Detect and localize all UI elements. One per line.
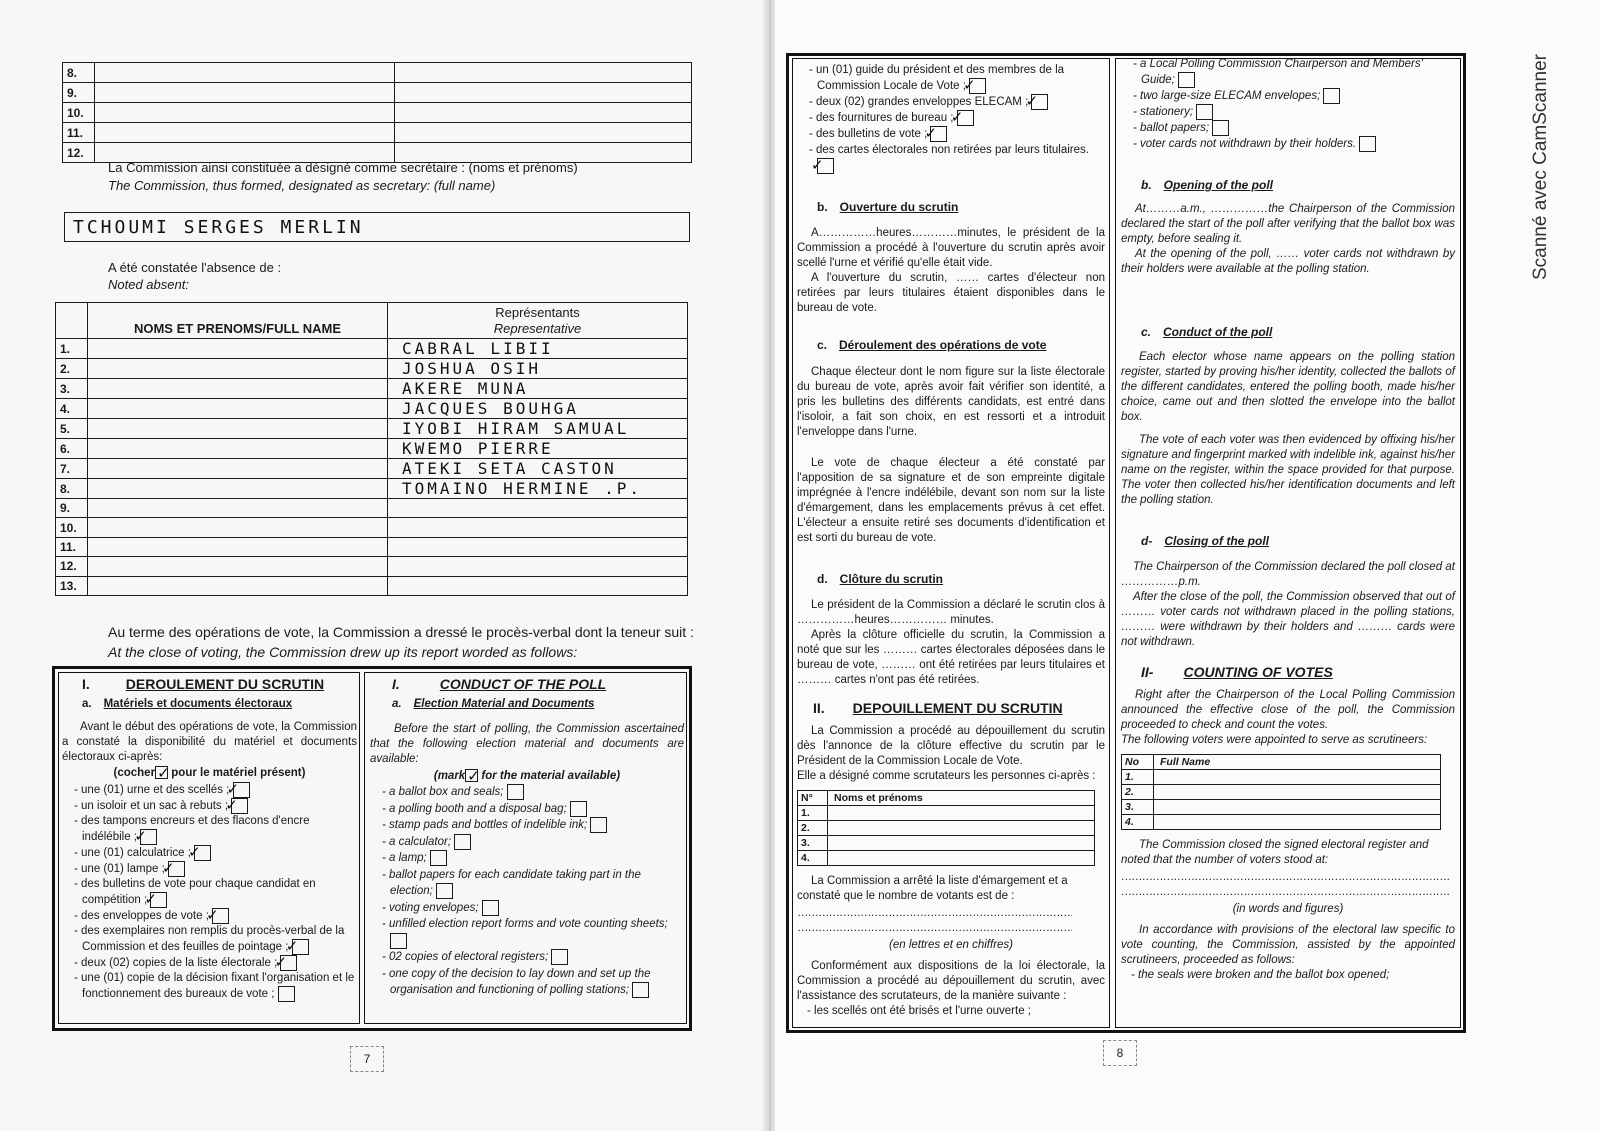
absent-table: NOMS ET PRENOMS/FULL NAME Représentants …	[55, 302, 688, 596]
checklist-item-label: - ballot papers;	[1133, 122, 1209, 134]
checklist-item: - des bulletins de vote pour chaque cand…	[74, 877, 357, 908]
name-cell[interactable]	[828, 850, 1095, 865]
fr-voters-note: (en lettres et en chiffres)	[797, 938, 1105, 953]
checklist-item: - une (01) copie de la décision fixant l…	[74, 971, 357, 1002]
table-cell[interactable]	[95, 103, 395, 123]
representative-cell[interactable]: AKERE MUNA	[388, 379, 688, 399]
en-closing-p1: The Chairperson of the Commission declar…	[1121, 560, 1455, 590]
checklist-item-label: - des tampons encreurs et des flacons d'…	[74, 815, 310, 843]
table-row: 6.KWEMO PIERRE	[56, 439, 688, 459]
en-opening-p2: At the opening of the poll, …… voter car…	[1121, 247, 1455, 277]
representative-cell[interactable]	[388, 557, 688, 576]
row-number: 5.	[56, 419, 88, 439]
subsection-number: c.	[1141, 325, 1151, 339]
row-number: 2.	[56, 359, 88, 379]
row-number: 4.	[1122, 814, 1154, 829]
row-number: 12.	[56, 557, 88, 576]
name-cell[interactable]	[1154, 784, 1441, 799]
table-row: 4.JACQUES BOUHGA	[56, 399, 688, 419]
checkbox[interactable]	[278, 986, 295, 1002]
section-number: I.	[392, 676, 400, 692]
checkbox[interactable]	[969, 78, 986, 94]
representative-cell[interactable]: JACQUES BOUHGA	[388, 399, 688, 419]
fr-voters-count-line-2[interactable]: ……………………………………………………………………………………	[797, 921, 1072, 936]
right-page: - un (01) guide du président et des memb…	[775, 0, 1600, 1131]
checklist-item-label: - two large-size ELECAM envelopes;	[1133, 90, 1320, 102]
checklist-item: - deux (02) grandes enveloppes ELECAM ;	[809, 94, 1105, 110]
subsection-number: d-	[1141, 534, 1152, 548]
checkbox[interactable]	[482, 900, 499, 916]
col-representative: Représentants Representative	[388, 303, 688, 339]
name-cell[interactable]	[88, 419, 388, 439]
sample-checkbox	[155, 766, 168, 779]
row-number: 13.	[56, 576, 88, 595]
fr-closing-p1: Le président de la Commission a déclaré …	[797, 598, 1105, 628]
en-right-column: - a Local Polling Commission Chairperson…	[1121, 56, 1455, 983]
checkbox[interactable]	[280, 955, 297, 971]
row-number: 3.	[798, 835, 828, 850]
name-cell[interactable]	[828, 820, 1095, 835]
checkbox[interactable]	[632, 982, 649, 998]
checklist-item: - ballot papers for each candidate takin…	[382, 867, 684, 900]
row-number: 4.	[798, 850, 828, 865]
checklist-item: - a polling booth and a disposal bag;	[382, 801, 684, 818]
checklist-item-label: - des fournitures de bureau ;	[809, 112, 953, 124]
fr-sub-a-heading: a.Matériels et documents électoraux	[62, 698, 357, 710]
checkbox[interactable]	[957, 110, 974, 126]
checklist-item: - une (01) urne et des scellés ;	[74, 782, 357, 798]
checklist-item-label: - deux (02) copies de la liste électoral…	[74, 957, 277, 969]
fr-conduct-p1: Chaque électeur dont le nom figure sur l…	[797, 365, 1105, 440]
checklist-item: - ballot papers;	[1133, 120, 1455, 136]
fr-material-list: - une (01) urne et des scellés ; - un is…	[62, 782, 357, 1002]
en-b-heading: b.Opening of the poll	[1121, 178, 1455, 194]
subsection-title: Conduct of the poll	[1163, 325, 1272, 339]
table-row: 10.	[56, 518, 688, 537]
en-conduct-column: I.CONDUCT OF THE POLL a.Election Materia…	[370, 676, 684, 999]
col-full-name: NOMS ET PRENOMS/FULL NAME	[88, 303, 388, 339]
subsection-title: Matériels et documents électoraux	[104, 698, 293, 710]
name-cell[interactable]	[1154, 799, 1441, 814]
checklist-item-label: - voting envelopes;	[382, 902, 479, 914]
en-material-list-continued: - a Local Polling Commission Chairperson…	[1121, 56, 1455, 152]
representative-cell[interactable]: TOMAINO HERMINE .P.	[388, 479, 688, 499]
representative-name: KWEMO PIERRE	[402, 439, 554, 458]
checklist-item-label: - des cartes électorales non retirées pa…	[809, 144, 1089, 156]
row-number: 1.	[798, 805, 828, 820]
table-cell[interactable]	[95, 83, 395, 103]
row-number: 1.	[56, 339, 88, 359]
checkbox[interactable]	[590, 817, 607, 833]
checklist-item-label: - one copy of the decision to lay down a…	[382, 968, 651, 997]
en-d-heading: d-Closing of the poll	[1121, 534, 1455, 550]
absent-label-en: Noted absent:	[108, 277, 189, 293]
checklist-item-label: - un (01) guide du président et des memb…	[809, 64, 1064, 92]
mark-post: pour le matériel présent)	[171, 767, 305, 779]
name-cell[interactable]	[88, 339, 388, 359]
col-number: N°	[798, 790, 828, 805]
mark-post: for the material available)	[481, 770, 620, 782]
en-voters-note: (in words and figures)	[1121, 902, 1455, 917]
section-title: CONDUCT OF THE POLL	[440, 676, 606, 692]
name-cell[interactable]	[88, 518, 388, 537]
name-cell[interactable]	[88, 459, 388, 479]
checklist-item-label: - une (01) urne et des scellés ;	[74, 784, 229, 796]
checklist-item-label: - une (01) calculatrice ;	[74, 847, 191, 859]
row-number: 11.	[56, 537, 88, 556]
subsection-title: Déroulement des opérations de vote	[839, 338, 1046, 352]
en-conduct-p2: The vote of each voter was then evidence…	[1121, 433, 1455, 508]
en-voters-count-line-1[interactable]: ……………………………………………………………………………………	[1121, 870, 1451, 885]
table-cell[interactable]	[395, 103, 692, 123]
fr-opening-p2: A l'ouverture du scrutin, …… cartes d'él…	[797, 271, 1105, 316]
table-row: 13.	[56, 576, 688, 595]
table-row: 2.	[798, 820, 1095, 835]
name-cell[interactable]	[88, 359, 388, 379]
checkbox[interactable]	[1212, 120, 1229, 136]
checklist-item: - des bulletins de vote ;	[809, 126, 1105, 142]
name-cell[interactable]	[88, 439, 388, 459]
fr-closing-p2: Après la clôture officielle du scrutin, …	[797, 628, 1105, 688]
col-names: Noms et prénoms	[828, 790, 1095, 805]
representative-cell[interactable]	[388, 518, 688, 537]
subsection-number: d.	[817, 572, 828, 586]
report-intro-en: At the close of voting, the Commission d…	[108, 644, 577, 660]
table-row: 11.	[63, 123, 692, 143]
checklist-item: - unfilled election report forms and vot…	[382, 916, 684, 949]
table-row: 10.	[63, 103, 692, 123]
checklist-item: - des fournitures de bureau ;	[809, 110, 1105, 126]
checklist-item: - a calculator;	[382, 834, 684, 851]
row-number: 3.	[56, 379, 88, 399]
en-ii-heading: II-COUNTING OF VOTES	[1121, 664, 1455, 680]
checklist-item-label: - unfilled election report forms and vot…	[382, 918, 668, 930]
name-cell[interactable]	[828, 805, 1095, 820]
checklist-item-label: - des bulletins de vote ;	[809, 128, 927, 140]
table-cell[interactable]	[395, 123, 692, 143]
name-cell[interactable]	[88, 399, 388, 419]
name-cell[interactable]	[88, 479, 388, 499]
checklist-item-label: - deux (02) grandes enveloppes ELECAM ;	[809, 96, 1028, 108]
row-number: 3.	[1122, 799, 1154, 814]
table-row: 7.ATEKI SETA CASTON	[56, 459, 688, 479]
checklist-item-label: - une (01) copie de la décision fixant l…	[74, 972, 354, 1000]
representative-name: TOMAINO HERMINE .P.	[402, 479, 642, 498]
col-number: No	[1122, 754, 1154, 769]
secretary-name: TCHOUMI SERGES MERLIN	[73, 217, 364, 238]
checklist-item-label: - a ballot box and seals;	[382, 786, 503, 798]
en-opening-p1: At………a.m., ……………the Chairperson of the C…	[1121, 202, 1455, 247]
fr-scrutineers-table: N° Noms et prénoms 1.2.3.4.	[797, 790, 1095, 866]
table-row: 11.	[56, 537, 688, 556]
representative-cell[interactable]: KWEMO PIERRE	[388, 439, 688, 459]
absent-label-fr: A été constatée l'absence de :	[108, 260, 281, 276]
checkbox[interactable]	[817, 158, 834, 174]
table-row: 1.CABRAL LIBII	[56, 339, 688, 359]
subsection-title: Election Material and Documents	[414, 698, 595, 710]
checkbox[interactable]	[150, 892, 167, 908]
absent-table-header: NOMS ET PRENOMS/FULL NAME Représentants …	[56, 303, 688, 339]
table-row: 3.	[1122, 799, 1441, 814]
table-header: N° Noms et prénoms	[798, 790, 1095, 805]
sample-checkbox	[465, 769, 478, 782]
fr-counting-p1: La Commission a procédé au dépouillement…	[797, 724, 1105, 769]
page-number-left: 7	[350, 1046, 384, 1072]
checkbox[interactable]	[212, 908, 229, 924]
checklist-item-label: - a lamp;	[382, 852, 427, 864]
row-number: 8.	[56, 479, 88, 499]
table-row: 2.	[1122, 784, 1441, 799]
fr-c-heading: c.Déroulement des opérations de vote	[797, 338, 1105, 354]
representative-cell[interactable]: CABRAL LIBII	[388, 339, 688, 359]
checklist-item: - une (01) calculatrice ;	[74, 845, 357, 861]
checkbox[interactable]	[436, 883, 453, 899]
checklist-item-label: - 02 copies of electoral registers;	[382, 951, 548, 963]
page-number-right: 8	[1103, 1040, 1137, 1066]
name-cell[interactable]	[1154, 769, 1441, 784]
checklist-item: - a ballot box and seals;	[382, 784, 684, 801]
subsection-number: c.	[817, 338, 827, 352]
col-representative-fr: Représentants	[388, 305, 687, 321]
representative-cell[interactable]: ATEKI SETA CASTON	[388, 459, 688, 479]
representative-cell[interactable]	[388, 537, 688, 556]
fr-b-heading: b.Ouverture du scrutin	[797, 200, 1105, 216]
checklist-item-label: - voter cards not withdrawn by their hol…	[1133, 138, 1356, 150]
checkbox[interactable]	[168, 861, 185, 877]
left-page: 8. 9. 10. 11. 12. La Commission ainsi co…	[0, 0, 770, 1131]
representative-name: CABRAL LIBII	[402, 339, 554, 358]
name-cell[interactable]	[88, 499, 388, 518]
fr-ii-heading: II.DEPOUILLEMENT DU SCRUTIN	[797, 700, 1105, 716]
checklist-item-label: - une (01) lampe ;	[74, 863, 165, 875]
checkbox[interactable]	[194, 845, 211, 861]
en-law-item: - the seals were broken and the ballot b…	[1121, 968, 1455, 983]
fr-intro: Avant le début des opérations de vote, l…	[62, 720, 357, 765]
table-row: 9.	[63, 83, 692, 103]
row-number: 7.	[56, 459, 88, 479]
col-representative-en: Representative	[388, 321, 687, 337]
checklist-item: - des enveloppes de vote ;	[74, 908, 357, 924]
fr-counting-p2: Elle a désigné comme scrutateurs les per…	[797, 769, 1105, 784]
table-row: 1.	[798, 805, 1095, 820]
representative-name: ATEKI SETA CASTON	[402, 459, 617, 478]
representative-name: JOSHUA OSIH	[402, 359, 541, 378]
checkbox[interactable]	[1359, 136, 1376, 152]
col-names: Full Name	[1154, 754, 1441, 769]
table-row: 4.	[1122, 814, 1441, 829]
en-material-list: - a ballot box and seals; - a polling bo…	[370, 784, 684, 999]
table-header: No Full Name	[1122, 754, 1441, 769]
table-row: 5.IYOBI HIRAM SAMUAL	[56, 419, 688, 439]
table-row: 3.AKERE MUNA	[56, 379, 688, 399]
representative-cell[interactable]	[388, 576, 688, 595]
row-number: 10.	[56, 518, 88, 537]
fr-material-list-continued: - un (01) guide du président et des memb…	[797, 62, 1105, 174]
checklist-item: - stationery;	[1133, 104, 1455, 120]
name-cell[interactable]	[88, 557, 388, 576]
checkbox[interactable]	[231, 798, 248, 814]
members-table-continued: 8. 9. 10. 11. 12.	[62, 62, 692, 163]
secretary-field[interactable]: TCHOUMI SERGES MERLIN	[64, 212, 690, 242]
checklist-item: - a Local Polling Commission Chairperson…	[1133, 56, 1455, 88]
name-cell[interactable]	[1154, 814, 1441, 829]
fr-law-paragraph: Conformément aux dispositions de la loi …	[797, 959, 1105, 1004]
fr-mark-instruction: (cocher pour le matériel présent)	[62, 766, 357, 781]
checkbox[interactable]	[1031, 94, 1048, 110]
table-row: 8.	[63, 63, 692, 83]
name-cell[interactable]	[828, 835, 1095, 850]
row-number: 2.	[798, 820, 828, 835]
checkbox[interactable]	[233, 782, 250, 798]
name-cell[interactable]	[88, 537, 388, 556]
checklist-item: - voter cards not withdrawn by their hol…	[1133, 136, 1455, 152]
row-number: 1.	[1122, 769, 1154, 784]
checklist-item: - un (01) guide du président et des memb…	[809, 62, 1105, 94]
en-conduct-p1: Each elector whose name appears on the p…	[1121, 350, 1455, 425]
subsection-title: Clôture du scrutin	[840, 572, 943, 586]
en-voters-count-line-2[interactable]: ……………………………………………………………………………………	[1121, 885, 1451, 900]
table-row: 2.JOSHUA OSIH	[56, 359, 688, 379]
secretary-label-en: The Commission, thus formed, designated …	[108, 178, 495, 194]
checkbox[interactable]	[292, 939, 309, 955]
checklist-item-label: - des enveloppes de vote ;	[74, 910, 209, 922]
en-sub-a-heading: a.Election Material and Documents	[370, 698, 684, 710]
checklist-item: - une (01) lampe ;	[74, 861, 357, 877]
checkbox[interactable]	[1323, 88, 1340, 104]
en-law-paragraph: In accordance with provisions of the ele…	[1121, 923, 1455, 968]
section-title: COUNTING OF VOTES	[1183, 664, 1332, 680]
table-cell[interactable]	[95, 123, 395, 143]
mark-pre: (mark	[434, 770, 465, 782]
en-closing-p2: After the close of the poll, the Commiss…	[1121, 590, 1455, 650]
section-number: I.	[82, 676, 90, 692]
fr-section-heading: I.DEROULEMENT DU SCRUTIN	[62, 676, 357, 692]
table-cell[interactable]	[395, 63, 692, 83]
representative-cell[interactable]	[388, 499, 688, 518]
checklist-item: - un isoloir et un sac à rebuts ;	[74, 798, 357, 814]
subsection-number: b.	[1141, 178, 1152, 192]
checklist-item-label: - ballot papers for each candidate takin…	[382, 869, 641, 898]
table-row: 8.TOMAINO HERMINE .P.	[56, 479, 688, 499]
representative-name: JACQUES BOUHGA	[402, 399, 579, 418]
checkbox[interactable]	[390, 933, 407, 949]
row-number: 4.	[56, 399, 88, 419]
fr-law-item: - les scellés ont été brisés et l'urne o…	[797, 1004, 1105, 1019]
checkbox[interactable]	[507, 784, 524, 800]
checklist-item: - a lamp;	[382, 850, 684, 867]
mark-pre: (cocher	[114, 767, 156, 779]
en-scrutineers-table: No Full Name 1.2.3.4.	[1121, 754, 1441, 830]
checklist-item-label: - stationery;	[1133, 106, 1193, 118]
subsection-title: Ouverture du scrutin	[840, 200, 959, 214]
table-row: 4.	[798, 850, 1095, 865]
checklist-item: - des tampons encreurs et des flacons d'…	[74, 814, 357, 845]
checkbox[interactable]	[454, 834, 471, 850]
checkbox[interactable]	[570, 801, 587, 817]
subsection-number: b.	[817, 200, 828, 214]
checklist-item: - one copy of the decision to lay down a…	[382, 966, 684, 999]
section-title: DEROULEMENT DU SCRUTIN	[126, 676, 324, 692]
fr-voters-count-line-1[interactable]: ……………………………………………………………………………………	[797, 906, 1072, 921]
checklist-item: - two large-size ELECAM envelopes;	[1133, 88, 1455, 104]
section-title: DEPOUILLEMENT DU SCRUTIN	[853, 700, 1063, 716]
subsection-title: Opening of the poll	[1164, 178, 1273, 192]
en-c-heading: c.Conduct of the poll	[1121, 325, 1455, 341]
en-section-heading: I.CONDUCT OF THE POLL	[370, 676, 684, 692]
representative-name: AKERE MUNA	[402, 379, 528, 398]
fr-opening-p1: A……………heures…………minutes, le président de…	[797, 226, 1105, 271]
checklist-item: - 02 copies of electoral registers;	[382, 949, 684, 966]
name-cell[interactable]	[88, 379, 388, 399]
checklist-item: - des cartes électorales non retirées pa…	[809, 142, 1105, 174]
fr-conduct-column: I.DEROULEMENT DU SCRUTIN a.Matériels et …	[62, 676, 357, 1002]
checklist-item-label: - stamp pads and bottles of indelible in…	[382, 819, 587, 831]
fr-conduct-p2: Le vote de chaque électeur a été constat…	[797, 456, 1105, 546]
secretary-label-fr: La Commission ainsi constituée a désigné…	[108, 160, 578, 176]
checklist-item: - stamp pads and bottles of indelible in…	[382, 817, 684, 834]
section-number: II.	[813, 700, 825, 716]
row-number: 2.	[1122, 784, 1154, 799]
checkbox[interactable]	[430, 850, 447, 866]
checklist-item: - deux (02) copies de la liste électoral…	[74, 955, 357, 971]
checklist-item-label: - a polling booth and a disposal bag;	[382, 803, 567, 815]
checklist-item-label: - des bulletins de vote pour chaque cand…	[74, 878, 316, 906]
fr-d-heading: d.Clôture du scrutin	[797, 572, 1105, 588]
checkbox[interactable]	[1178, 72, 1195, 88]
checklist-item-label: - a calculator;	[382, 836, 451, 848]
checkbox[interactable]	[551, 949, 568, 965]
camscanner-watermark: Scanné avec CamScanner	[1530, 10, 1552, 280]
checklist-item: - des exemplaires non remplis du procès-…	[74, 924, 357, 955]
table-row: 12.	[56, 557, 688, 576]
en-intro: Before the start of polling, the Commiss…	[370, 722, 684, 767]
subsection-number: a.	[392, 698, 402, 710]
table-row: 1.	[1122, 769, 1441, 784]
fr-right-column: - un (01) guide du président et des memb…	[797, 62, 1105, 1019]
en-voters-count-label: The Commission closed the signed elector…	[1121, 838, 1455, 868]
checkbox[interactable]	[1196, 104, 1213, 120]
representative-cell[interactable]: IYOBI HIRAM SAMUAL	[388, 419, 688, 439]
en-counting-p1: Right after the Chairperson of the Local…	[1121, 688, 1455, 733]
row-number: 6.	[56, 439, 88, 459]
subsection-number: a.	[82, 698, 92, 710]
checkbox[interactable]	[140, 829, 157, 845]
table-cell[interactable]	[95, 63, 395, 83]
checklist-item-label: - a Local Polling Commission Chairperson…	[1133, 58, 1423, 86]
fr-voters-count-label: La Commission a arrêté la liste d'émarge…	[797, 874, 1105, 904]
table-row: 3.	[798, 835, 1095, 850]
subsection-title: Closing of the poll	[1164, 534, 1269, 548]
report-intro-fr: Au terme des opérations de vote, la Comm…	[108, 624, 694, 640]
representative-name: IYOBI HIRAM SAMUAL	[402, 419, 629, 438]
checklist-item: - voting envelopes;	[382, 900, 684, 917]
checkbox[interactable]	[930, 126, 947, 142]
name-cell[interactable]	[88, 576, 388, 595]
table-cell[interactable]	[395, 83, 692, 103]
section-number: II-	[1141, 664, 1153, 680]
checklist-item-label: - un isoloir et un sac à rebuts ;	[74, 800, 228, 812]
en-mark-instruction: (mark for the material available)	[370, 769, 684, 784]
row-number: 9.	[56, 499, 88, 518]
en-counting-p2: The following voters were appointed to s…	[1121, 733, 1455, 748]
table-row: 9.	[56, 499, 688, 518]
representative-cell[interactable]: JOSHUA OSIH	[388, 359, 688, 379]
